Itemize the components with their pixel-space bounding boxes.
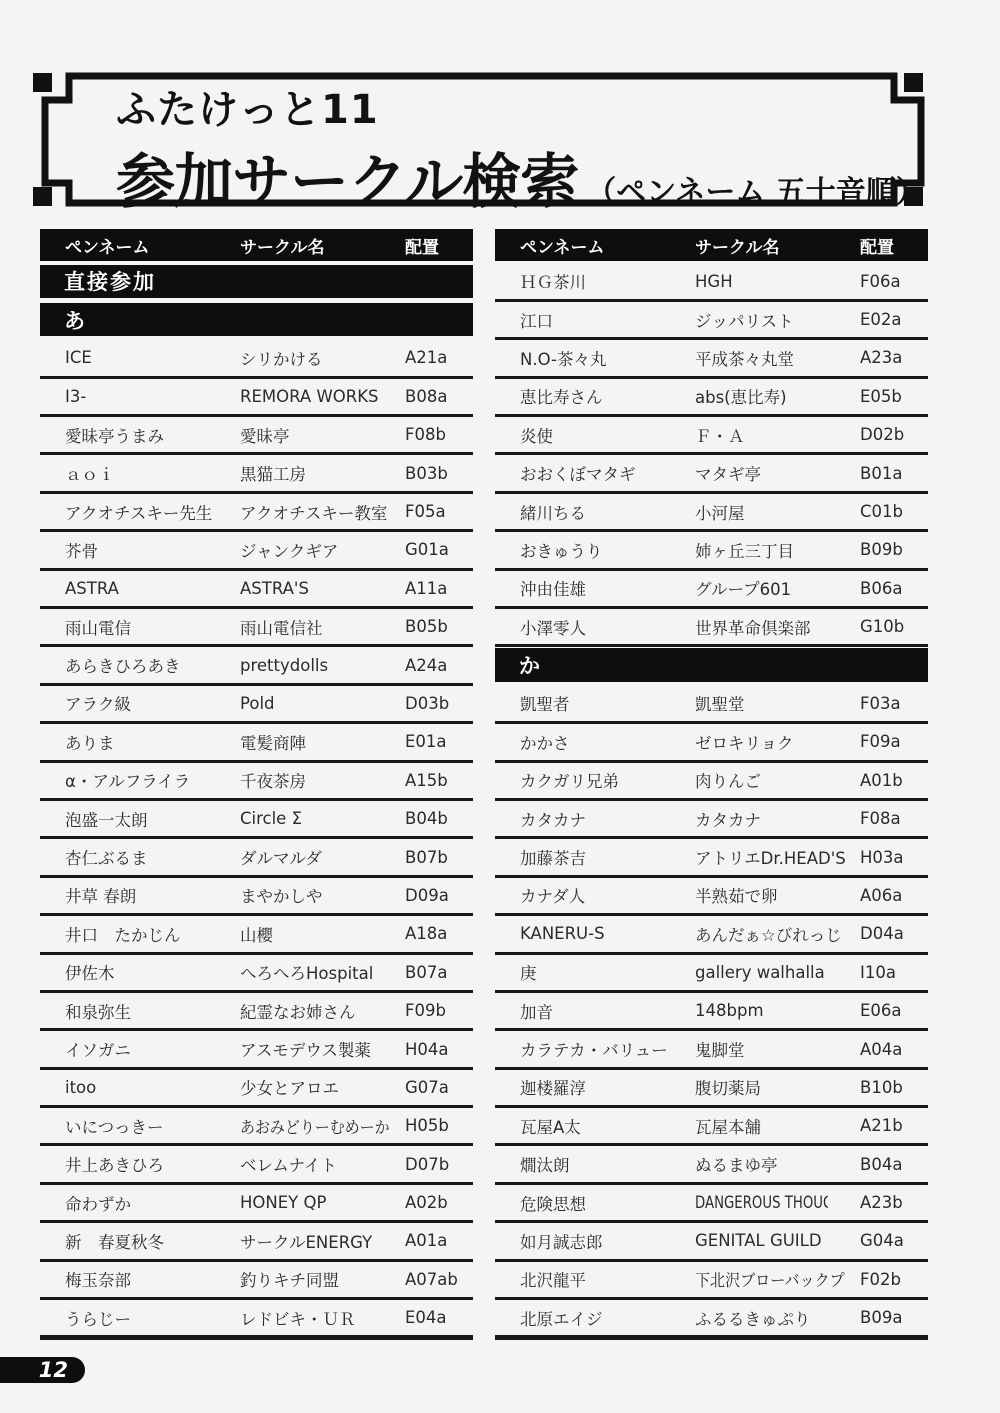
placement-cell: B04a — [860, 1155, 928, 1174]
table-body-left: 直接参加あICEシリかけるA21aI3-REMORA WORKSB08a愛昧亭う… — [40, 264, 473, 1341]
section-header: か — [495, 648, 928, 681]
table-row: 梅玉奈部釣りキチ同盟A07ab — [40, 1262, 473, 1300]
circle-name-cell: マタギ亭 — [695, 461, 860, 485]
placement-cell: B09b — [860, 540, 928, 559]
placement-cell: E02a — [860, 310, 928, 329]
placement-cell: F09b — [405, 1001, 473, 1020]
corner-square-icon — [33, 187, 52, 206]
table-row: 迦楼羅淳腹切薬局B10b — [495, 1070, 928, 1108]
circle-name-cell: ふるるきゅぷり — [695, 1306, 860, 1330]
table-row: 恵比寿さんabs(恵比寿)E05b — [495, 379, 928, 417]
circle-table-left: ペンネーム サークル名 配置 直接参加あICEシリかけるA21aI3-REMOR… — [40, 229, 473, 1340]
section-slot: あ — [40, 302, 473, 340]
pen-name-cell: 雨山電信 — [65, 615, 240, 639]
pen-name-cell: カタカナ — [520, 807, 695, 831]
circle-name-cell: ASTRA'S — [240, 579, 405, 598]
placement-cell: G04a — [860, 1231, 928, 1250]
table-row: N.O-茶々丸平成茶々丸堂A23a — [495, 340, 928, 378]
table-row: あらきひろあきprettydollsA24a — [40, 647, 473, 685]
circle-name-cell: グループ601 — [695, 576, 860, 600]
title-banner: ふたけっと11 参加サークル検索（ペンネーム 五十音順） — [0, 0, 1000, 215]
circle-name-cell: カタカナ — [695, 807, 860, 831]
placement-cell: H04a — [405, 1040, 473, 1059]
circle-name-cell: ジッパリスト — [695, 308, 860, 332]
pen-name-cell: α・アルフライラ — [65, 768, 240, 792]
placement-cell: E05b — [860, 387, 928, 406]
circle-name-cell: Ｆ・Ａ — [695, 423, 860, 447]
pen-name-cell: 北原エイジ — [520, 1306, 695, 1330]
header-pen-name: ペンネーム — [65, 233, 240, 258]
pen-name-cell: あらきひろあき — [65, 653, 240, 677]
circle-name-cell: HGH — [695, 272, 860, 291]
circle-name-cell: 釣りキチ同盟 — [240, 1267, 405, 1291]
pen-name-cell: おきゅうり — [520, 538, 695, 562]
pen-name-cell: ASTRA — [65, 579, 240, 598]
table-row: カタカナカタカナF08a — [495, 801, 928, 839]
placement-cell: H05b — [405, 1116, 473, 1135]
pen-name-cell: 江口 — [520, 308, 695, 332]
placement-cell: B08a — [405, 387, 473, 406]
table-row: アクオチスキー先生アクオチスキー教室F05a — [40, 494, 473, 532]
title-text: ふたけっと11 参加サークル検索（ペンネーム 五十音順） — [116, 88, 926, 219]
table-row: 北沢龍平下北沢ブローバックプロF02b — [495, 1262, 928, 1300]
table-row: かかさゼロキリョクF09a — [495, 724, 928, 762]
circle-name-cell: 少女とアロエ — [240, 1075, 405, 1099]
table-row: おきゅうり姉ヶ丘三丁目B09b — [495, 532, 928, 570]
circle-name-cell: ジャンクギア — [240, 538, 405, 562]
pen-name-cell: 泡盛一太朗 — [65, 807, 240, 831]
table-row: 凱聖者凱聖堂F03a — [495, 686, 928, 724]
circle-name-cell: アスモデウス製薬 — [240, 1037, 405, 1061]
pen-name-cell: 井草 春朗 — [65, 883, 240, 907]
table-row: ASTRAASTRA'SA11a — [40, 571, 473, 609]
circle-name-cell: prettydolls — [240, 656, 405, 675]
table-row: ICEシリかけるA21a — [40, 340, 473, 378]
circle-name-cell: 山櫻 — [240, 922, 405, 946]
pen-name-cell: 炎使 — [520, 423, 695, 447]
placement-cell: A23a — [860, 348, 928, 367]
section-header: あ — [40, 303, 473, 336]
circle-table-right: ペンネーム サークル名 配置 ＨＧ茶川HGHF06a江口ジッパリストE02aN.… — [495, 229, 928, 1340]
pen-name-cell: うらじー — [65, 1306, 240, 1330]
pen-name-cell: 梅玉奈部 — [65, 1267, 240, 1291]
pen-name-cell: 恵比寿さん — [520, 384, 695, 408]
placement-cell: D09a — [405, 886, 473, 905]
pen-name-cell: イソガニ — [65, 1037, 240, 1061]
circle-name-cell: REMORA WORKS — [240, 387, 405, 406]
placement-cell: A01b — [860, 771, 928, 790]
table-row: 加音148bpmE06a — [495, 993, 928, 1031]
table-row: 新 春夏秋冬サークルENERGYA01a — [40, 1223, 473, 1261]
circle-name-cell: Pold — [240, 694, 405, 713]
circle-name-cell: あおみどりーむめーかー — [240, 1114, 390, 1138]
pen-name-cell: 和泉弥生 — [65, 999, 240, 1023]
placement-cell: A21a — [405, 348, 473, 367]
table-row: 北原エイジふるるきゅぷりB09a — [495, 1300, 928, 1338]
circle-name-cell: ゼロキリョク — [695, 730, 860, 754]
table-row: 炎使Ｆ・ＡD02b — [495, 417, 928, 455]
table-row: 杏仁ぶるまダルマルダB07b — [40, 839, 473, 877]
table-row: 泡盛一太朗Circle ΣB04b — [40, 801, 473, 839]
pen-name-cell: itoo — [65, 1078, 240, 1097]
pen-name-cell: 井口 たかじん — [65, 922, 240, 946]
placement-cell: A21b — [860, 1116, 928, 1135]
pen-name-cell: 加藤茶吉 — [520, 845, 695, 869]
circle-name-cell: HONEY QP — [240, 1193, 405, 1212]
table-row: 伊佐木へろへろHospitalB07a — [40, 955, 473, 993]
placement-cell: G10b — [860, 617, 928, 636]
placement-cell: B04b — [405, 809, 473, 828]
pen-name-cell: カラテカ・バリュー — [520, 1037, 695, 1061]
placement-cell: A01a — [405, 1231, 473, 1250]
table-row: 庚gallery walhallaI10a — [495, 955, 928, 993]
circle-name-cell: 凱聖堂 — [695, 691, 860, 715]
placement-cell: A07ab — [405, 1270, 473, 1289]
circle-name-cell: あんだぁ☆びれっじ — [695, 922, 860, 946]
circle-name-cell: レドビキ・ＵＲ — [240, 1306, 405, 1330]
placement-cell: D03b — [405, 694, 473, 713]
table-row: 燗汰朗ぬるまゆ亭B04a — [495, 1146, 928, 1184]
placement-cell: G07a — [405, 1078, 473, 1097]
page-title: 参加サークル検索 — [116, 147, 578, 216]
circle-name-cell: 148bpm — [695, 1001, 860, 1020]
pen-name-cell: 北沢龍平 — [520, 1267, 695, 1291]
circle-name-cell: アトリエDr.HEAD'S — [695, 845, 860, 869]
placement-cell: H03a — [860, 848, 928, 867]
placement-cell: B10b — [860, 1078, 928, 1097]
placement-cell: I10a — [860, 963, 928, 982]
placement-cell: B01a — [860, 464, 928, 483]
circle-name-cell: abs(恵比寿) — [695, 384, 860, 408]
circle-name-cell: まやかしや — [240, 883, 405, 907]
placement-cell: A24a — [405, 656, 473, 675]
circle-name-cell: Circle Σ — [240, 809, 405, 828]
table-header: ペンネーム サークル名 配置 — [495, 229, 928, 261]
placement-cell: C01b — [860, 502, 928, 521]
table-row: 小澤零人世界革命倶楽部G10b — [495, 609, 928, 647]
placement-cell: B07b — [405, 848, 473, 867]
circle-name-cell: 紀霊なお姉さん — [240, 999, 405, 1023]
pen-name-cell: 小澤零人 — [520, 615, 695, 639]
pen-name-cell: おおくぼマタギ — [520, 461, 695, 485]
table-row: 井草 春朗まやかしやD09a — [40, 878, 473, 916]
pen-name-cell: KANERU-S — [520, 924, 695, 943]
placement-cell: F09a — [860, 732, 928, 751]
event-name: ふたけっと11 — [116, 88, 926, 133]
circle-name-cell: 雨山電信社 — [240, 615, 405, 639]
table-row: 雨山電信雨山電信社B05b — [40, 609, 473, 647]
pen-name-cell: I3- — [65, 387, 240, 406]
placement-cell: F03a — [860, 694, 928, 713]
placement-cell: A06a — [860, 886, 928, 905]
title-row: 参加サークル検索（ペンネーム 五十音順） — [116, 134, 926, 219]
placement-cell: E01a — [405, 732, 473, 751]
placement-cell: A02b — [405, 1193, 473, 1212]
circle-name-cell: 下北沢ブローバックプロ — [695, 1267, 845, 1291]
pen-name-cell: カナダ人 — [520, 883, 695, 907]
circle-name-cell: 肉りんご — [695, 768, 860, 792]
circle-name-cell: ダルマルダ — [240, 845, 405, 869]
placement-cell: F06a — [860, 272, 928, 291]
table-row: itoo少女とアロエG07a — [40, 1070, 473, 1108]
page: ふたけっと11 参加サークル検索（ペンネーム 五十音順） ペンネーム サークル名… — [0, 0, 1000, 1413]
pen-name-cell: 瓦屋A太 — [520, 1114, 695, 1138]
table-row: ありま電髪商陣E01a — [40, 724, 473, 762]
placement-cell: B07a — [405, 963, 473, 982]
placement-cell: A18a — [405, 924, 473, 943]
header-placement: 配置 — [405, 233, 473, 258]
circle-name-cell: 鬼脚堂 — [695, 1037, 860, 1061]
header-circle-name: サークル名 — [695, 233, 860, 258]
circle-name-cell: アクオチスキー教室 — [240, 500, 405, 524]
placement-cell: A04a — [860, 1040, 928, 1059]
circle-name-cell: 黒猫工房 — [240, 461, 405, 485]
header-pen-name: ペンネーム — [520, 233, 695, 258]
placement-cell: B06a — [860, 579, 928, 598]
header-circle-name: サークル名 — [240, 233, 405, 258]
circle-name-cell: GENITAL GUILD — [695, 1231, 860, 1250]
circle-name-cell: シリかける — [240, 346, 405, 370]
circle-name-cell: 愛昧亭 — [240, 423, 405, 447]
circle-name-cell: 半熟茹で卵 — [695, 883, 860, 907]
pen-name-cell: 庚 — [520, 960, 695, 984]
table-row: 命わずかHONEY QPA02b — [40, 1185, 473, 1223]
table-row: カクガリ兄弟肉りんごA01b — [495, 763, 928, 801]
pen-name-cell: いにつっきー — [65, 1114, 240, 1138]
header-placement: 配置 — [860, 233, 928, 258]
table-row: イソガニアスモデウス製薬H04a — [40, 1031, 473, 1069]
pen-name-cell: 凱聖者 — [520, 691, 695, 715]
pen-name-cell: アクオチスキー先生 — [65, 500, 240, 524]
page-subtitle: （ペンネーム 五十音順） — [586, 175, 926, 210]
placement-cell: B09a — [860, 1308, 928, 1327]
circle-name-cell: ぬるまゆ亭 — [695, 1152, 860, 1176]
pen-name-cell: N.O-茶々丸 — [520, 346, 695, 370]
table-row: KANERU-Sあんだぁ☆びれっじD04a — [495, 916, 928, 954]
placement-cell: A23b — [860, 1193, 928, 1212]
circle-name-cell: へろへろHospital — [240, 960, 405, 984]
placement-cell: D04a — [860, 924, 928, 943]
placement-cell: F02b — [860, 1270, 928, 1289]
circle-name-cell: 瓦屋本舗 — [695, 1114, 860, 1138]
circle-name-cell: 腹切薬局 — [695, 1075, 860, 1099]
corner-square-icon — [33, 73, 52, 92]
table-row: おおくぼマタギマタギ亭B01a — [495, 455, 928, 493]
pen-name-cell: ＨＧ茶川 — [520, 269, 695, 293]
pen-name-cell: 燗汰朗 — [520, 1152, 695, 1176]
table-row: 危険思想DANGEROUS THOUGHTSA23b — [495, 1185, 928, 1223]
table-body-right: ＨＧ茶川HGHF06a江口ジッパリストE02aN.O-茶々丸平成茶々丸堂A23a… — [495, 264, 928, 1341]
pen-name-cell: 芥骨 — [65, 538, 240, 562]
placement-cell: F05a — [405, 502, 473, 521]
table-row: 加藤茶吉アトリエDr.HEAD'SH03a — [495, 839, 928, 877]
circle-name-cell: 世界革命倶楽部 — [695, 615, 860, 639]
table-row: 井口 たかじん山櫻A18a — [40, 916, 473, 954]
section-slot: か — [495, 647, 928, 685]
pen-name-cell: 伊佐木 — [65, 960, 240, 984]
pen-name-cell: カクガリ兄弟 — [520, 768, 695, 792]
circle-name-cell: 小河屋 — [695, 500, 860, 524]
section-header: 直接参加 — [40, 265, 473, 298]
table-row: カラテカ・バリュー鬼脚堂A04a — [495, 1031, 928, 1069]
table-row: カナダ人半熟茹で卵A06a — [495, 878, 928, 916]
pen-name-cell: 杏仁ぶるま — [65, 845, 240, 869]
table-row: α・アルフライラ千夜茶房A15b — [40, 763, 473, 801]
table-row: 江口ジッパリストE02a — [495, 302, 928, 340]
table-row: アラク級PoldD03b — [40, 686, 473, 724]
circle-name-cell: ベレムナイト — [240, 1152, 405, 1176]
pen-name-cell: 迦楼羅淳 — [520, 1075, 695, 1099]
pen-name-cell: 命わずか — [65, 1191, 240, 1215]
section-slot: 直接参加 — [40, 264, 473, 302]
pen-name-cell: 加音 — [520, 999, 695, 1023]
table-row: 沖由佳雄グループ601B06a — [495, 571, 928, 609]
table-row: 瓦屋A太瓦屋本舗A21b — [495, 1108, 928, 1146]
table-row: 緒川ちる小河屋C01b — [495, 494, 928, 532]
pen-name-cell: ａｏｉ — [65, 461, 240, 485]
table-row: ａｏｉ黒猫工房B03b — [40, 455, 473, 493]
placement-cell: D02b — [860, 425, 928, 444]
placement-cell: B05b — [405, 617, 473, 636]
table-row: うらじーレドビキ・ＵＲE04a — [40, 1300, 473, 1338]
page-number-pill: 12 — [0, 1357, 85, 1383]
placement-cell: F08b — [405, 425, 473, 444]
pen-name-cell: アラク級 — [65, 691, 240, 715]
placement-cell: B03b — [405, 464, 473, 483]
pen-name-cell: かかさ — [520, 730, 695, 754]
pen-name-cell: 愛昧亭うまみ — [65, 423, 240, 447]
table-row: 如月誠志郎GENITAL GUILDG04a — [495, 1223, 928, 1261]
placement-cell: G01a — [405, 540, 473, 559]
placement-cell: A11a — [405, 579, 473, 598]
circle-name-cell: 姉ヶ丘三丁目 — [695, 538, 860, 562]
circle-name-cell: サークルENERGY — [240, 1229, 405, 1253]
pen-name-cell: 如月誠志郎 — [520, 1229, 695, 1253]
placement-cell: A15b — [405, 771, 473, 790]
circle-name-cell: gallery walhalla — [695, 963, 860, 982]
placement-cell: E04a — [405, 1308, 473, 1327]
pen-name-cell: ありま — [65, 730, 240, 754]
pen-name-cell: 沖由佳雄 — [520, 576, 695, 600]
table-row: 愛昧亭うまみ愛昧亭F08b — [40, 417, 473, 455]
circle-name-cell: 電髪商陣 — [240, 730, 405, 754]
pen-name-cell: 緒川ちる — [520, 500, 695, 524]
placement-cell: D07b — [405, 1155, 473, 1174]
pen-name-cell: 新 春夏秋冬 — [65, 1229, 240, 1253]
table-row: 芥骨ジャンクギアG01a — [40, 532, 473, 570]
pen-name-cell: 危険思想 — [520, 1191, 695, 1215]
placement-cell: E06a — [860, 1001, 928, 1020]
circle-name-cell: 平成茶々丸堂 — [695, 346, 860, 370]
pen-name-cell: ICE — [65, 348, 240, 367]
table-row: 和泉弥生紀霊なお姉さんF09b — [40, 993, 473, 1031]
table-row: ＨＧ茶川HGHF06a — [495, 264, 928, 302]
table-row: I3-REMORA WORKSB08a — [40, 379, 473, 417]
circle-name-cell: 千夜茶房 — [240, 768, 405, 792]
table-row: いにつっきーあおみどりーむめーかーH05b — [40, 1108, 473, 1146]
placement-cell: F08a — [860, 809, 928, 828]
circle-name-cell: DANGEROUS THOUGHTS — [695, 1193, 828, 1212]
table-row: 井上あきひろベレムナイトD07b — [40, 1146, 473, 1184]
table-header: ペンネーム サークル名 配置 — [40, 229, 473, 261]
pen-name-cell: 井上あきひろ — [65, 1152, 240, 1176]
